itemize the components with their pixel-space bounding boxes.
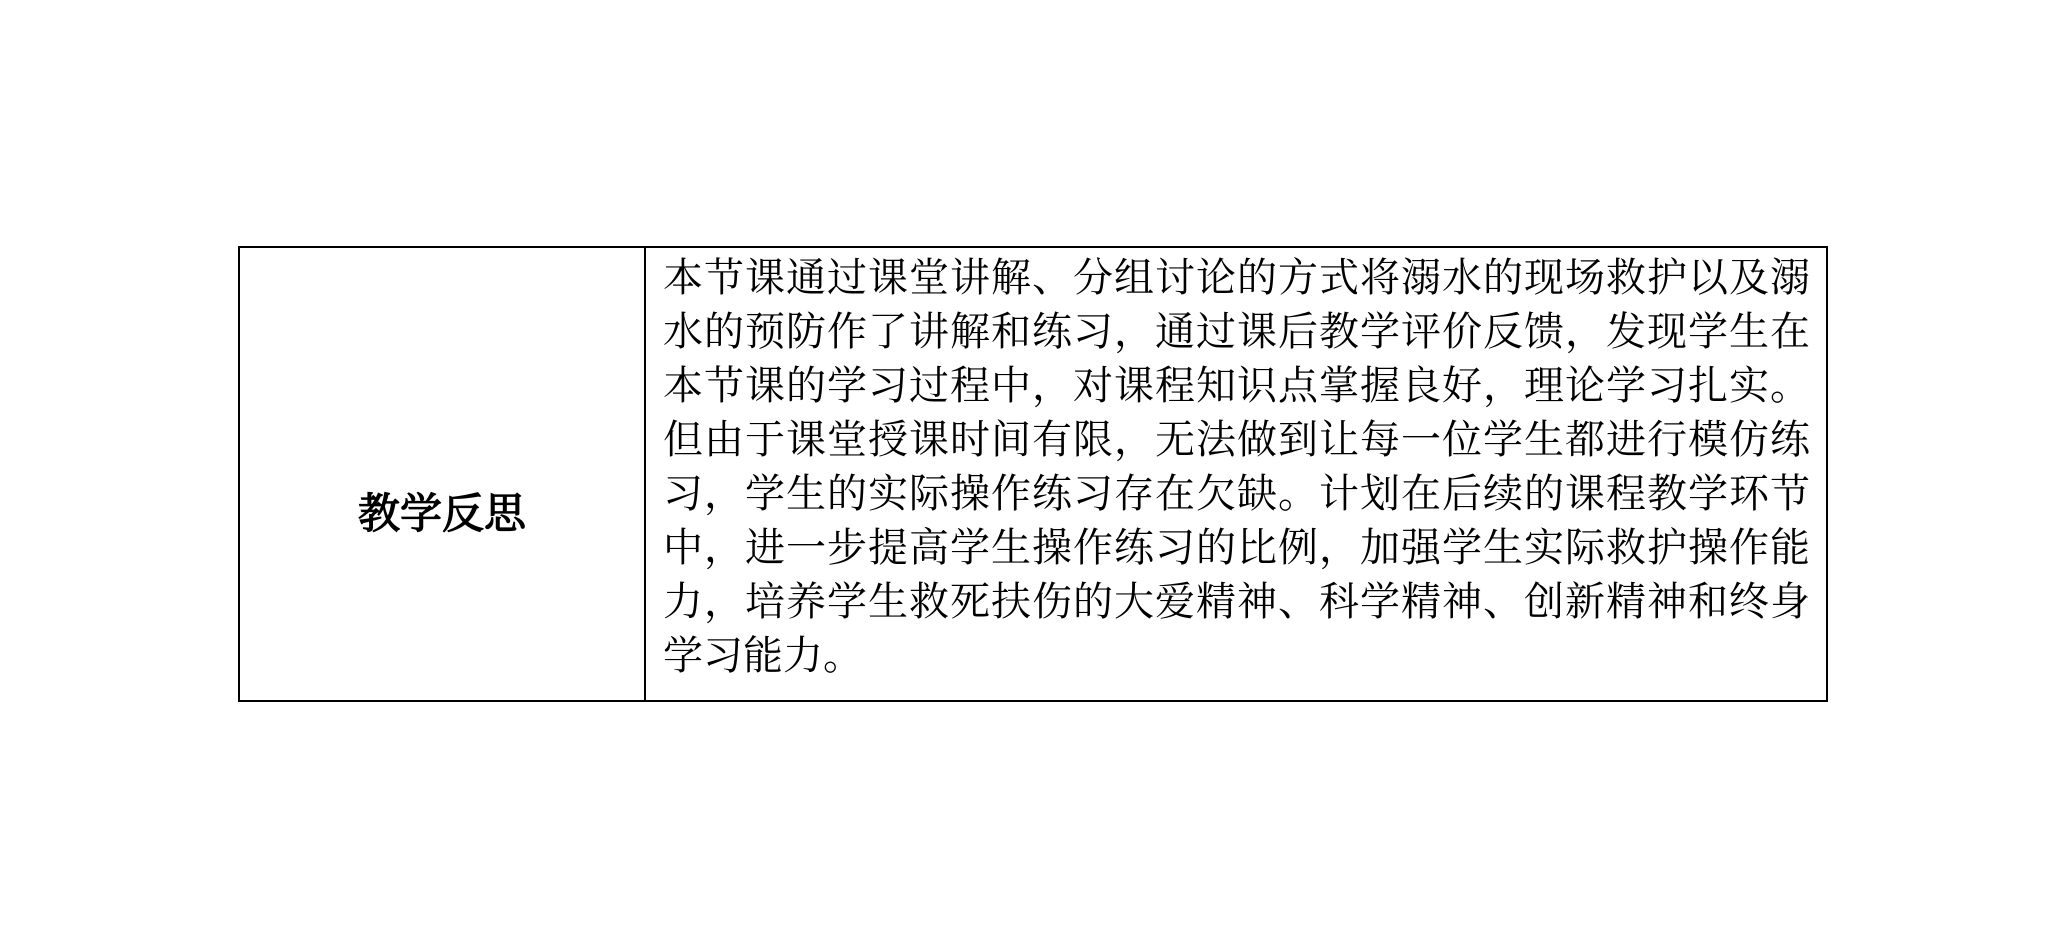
content-line: 本节课通过课堂讲解、分组讨论的方式将溺水的现场救护以及溺 bbox=[663, 251, 1810, 305]
content-paragraph: 本节课通过课堂讲解、分组讨论的方式将溺水的现场救护以及溺水的预防作了讲解和练习，… bbox=[663, 251, 1810, 683]
content-cell: 本节课通过课堂讲解、分组讨论的方式将溺水的现场救护以及溺水的预防作了讲解和练习，… bbox=[646, 248, 1826, 700]
content-line: 习，学生的实际操作练习存在欠缺。计划在后续的课程教学环节 bbox=[663, 467, 1810, 521]
label-cell: 教学反思 bbox=[240, 248, 646, 700]
document-page: 教学反思 本节课通过课堂讲解、分组讨论的方式将溺水的现场救护以及溺水的预防作了讲… bbox=[0, 0, 2048, 949]
content-line: 学习能力。 bbox=[663, 629, 1810, 683]
content-line: 力，培养学生救死扶伤的大爱精神、科学精神、创新精神和终身 bbox=[663, 575, 1810, 629]
teaching-reflection-table: 教学反思 本节课通过课堂讲解、分组讨论的方式将溺水的现场救护以及溺水的预防作了讲… bbox=[238, 246, 1828, 702]
content-line: 中，进一步提高学生操作练习的比例，加强学生实际救护操作能 bbox=[663, 521, 1810, 575]
content-line: 但由于课堂授课时间有限，无法做到让每一位学生都进行模仿练 bbox=[663, 413, 1810, 467]
content-line: 水的预防作了讲解和练习，通过课后教学评价反馈，发现学生在 bbox=[663, 305, 1810, 359]
label-text: 教学反思 bbox=[358, 492, 526, 538]
content-line: 本节课的学习过程中，对课程知识点掌握良好，理论学习扎实。 bbox=[663, 359, 1810, 413]
